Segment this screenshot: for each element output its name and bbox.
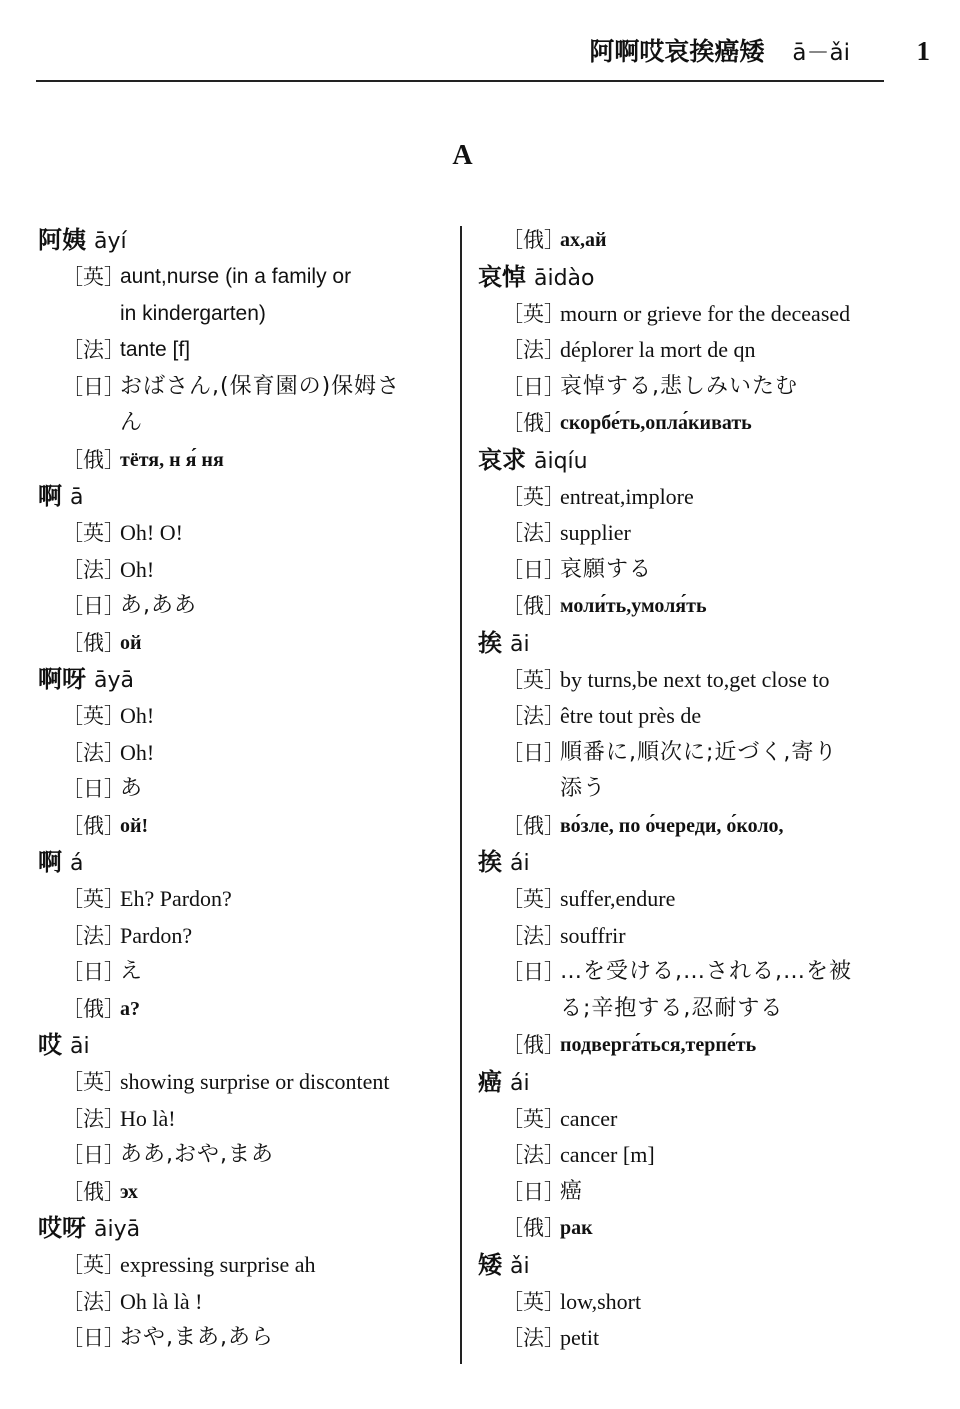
translation-text: 順番に,順次に;近づく,寄り bbox=[560, 735, 898, 772]
sense-line: ［法］déplorer la mort de qn bbox=[478, 332, 898, 369]
sense-line: ［法］tante [f] bbox=[38, 332, 448, 369]
left-column: 阿姨āyí［英］aunt,nurse (in a family orin kin… bbox=[38, 222, 448, 1357]
sense-line: る;辛抱する,忍耐する bbox=[478, 991, 898, 1028]
sense-line: ［法］petit bbox=[478, 1320, 898, 1357]
translation-text: cancer bbox=[560, 1101, 898, 1138]
sense-line: ［俄］тётя, н я́ ня bbox=[38, 442, 448, 479]
language-tag: ［俄］ bbox=[502, 808, 562, 845]
language-tag: ［俄］ bbox=[502, 1027, 562, 1064]
translation-text: る;辛抱する,忍耐する bbox=[560, 991, 898, 1028]
sense-line: ［俄］a? bbox=[38, 991, 448, 1028]
language-tag: ［法］ bbox=[502, 515, 562, 552]
pinyin: āyí bbox=[94, 229, 127, 254]
pinyin: āi bbox=[510, 632, 530, 657]
language-tag: ［日］ bbox=[502, 369, 562, 406]
language-tag: ［法］ bbox=[502, 1137, 562, 1174]
entry-head: 矮ǎi bbox=[478, 1247, 898, 1284]
language-tag: ［日］ bbox=[502, 735, 562, 772]
language-tag: ［英］ bbox=[502, 479, 562, 516]
sense-line: ［英］showing surprise or discontent bbox=[38, 1064, 448, 1101]
headword: 癌 bbox=[478, 1068, 502, 1096]
translation-text: tante [f] bbox=[120, 332, 448, 369]
language-tag: ［日］ bbox=[62, 1320, 122, 1357]
sense-line: ［法］Oh! bbox=[38, 552, 448, 589]
dictionary-entry: 啊á［英］Eh? Pardon?［法］Pardon?［日］え［俄］a? bbox=[38, 844, 448, 1027]
sense-line: ［俄］моли́ть,умоля́ть bbox=[478, 588, 898, 625]
language-tag: ［俄］ bbox=[62, 991, 122, 1028]
translation-text: être tout près de bbox=[560, 698, 898, 735]
language-tag: ［法］ bbox=[62, 332, 122, 369]
language-tag: ［英］ bbox=[62, 698, 122, 735]
right-column: ［俄］ах,ай哀悼āidào［英］mourn or grieve for th… bbox=[478, 222, 898, 1357]
entry-head: 啊á bbox=[38, 844, 448, 881]
language-tag: ［法］ bbox=[62, 552, 122, 589]
language-tag: ［日］ bbox=[502, 552, 562, 589]
language-tag: ［英］ bbox=[502, 662, 562, 699]
translation-text: во́зле, по о́череди, о́коло, bbox=[560, 808, 898, 845]
dictionary-entry: 啊呀āyā［英］Oh!［法］Oh!［日］あ［俄］ой! bbox=[38, 661, 448, 844]
translation-text: entreat,implore bbox=[560, 479, 898, 516]
translation-text: cancer [m] bbox=[560, 1137, 898, 1174]
sense-line: ［日］…を受ける,…される,…を被 bbox=[478, 954, 898, 991]
sense-line: ［日］ああ,おや,まあ bbox=[38, 1137, 448, 1174]
sense-line: ［英］expressing surprise ah bbox=[38, 1247, 448, 1284]
running-head-range: ā－ǎi bbox=[792, 40, 850, 66]
sense-line: ［法］Oh là là ! bbox=[38, 1284, 448, 1321]
language-tag: ［法］ bbox=[62, 918, 122, 955]
entry-head: 哀求āiqíu bbox=[478, 442, 898, 479]
sense-line: ［英］entreat,implore bbox=[478, 479, 898, 516]
sense-line: ［法］cancer [m] bbox=[478, 1137, 898, 1174]
translation-text: ああ,おや,まあ bbox=[120, 1137, 448, 1174]
translation-text: mourn or grieve for the deceased bbox=[560, 296, 898, 333]
language-tag: ［俄］ bbox=[62, 442, 122, 479]
headword: 挨 bbox=[478, 848, 502, 876]
translation-text: Oh! bbox=[120, 698, 448, 735]
entry-head: 啊呀āyā bbox=[38, 661, 448, 698]
translation-text: by turns,be next to,get close to bbox=[560, 662, 898, 699]
headword: 阿姨 bbox=[38, 226, 86, 254]
headword: 挨 bbox=[478, 629, 502, 657]
sense-line: ［英］Eh? Pardon? bbox=[38, 881, 448, 918]
sense-line: ［日］哀願する bbox=[478, 552, 898, 589]
translation-text: 癌 bbox=[560, 1174, 898, 1211]
entry-head: 癌ái bbox=[478, 1064, 898, 1101]
language-tag: ［英］ bbox=[502, 881, 562, 918]
translation-text: тётя, н я́ ня bbox=[120, 442, 448, 479]
entry-head: 挨ái bbox=[478, 844, 898, 881]
sense-line: ［俄］скорбе́ть,опла́кивать bbox=[478, 405, 898, 442]
translation-text: рак bbox=[560, 1210, 898, 1247]
language-tag: ［日］ bbox=[502, 1174, 562, 1211]
sense-line: ［俄］во́зле, по о́череди, о́коло, bbox=[478, 808, 898, 845]
sense-line: ［法］souffrir bbox=[478, 918, 898, 955]
headword: 哎呀 bbox=[38, 1214, 86, 1242]
dictionary-entry: 哀求āiqíu［英］entreat,implore［法］supplier［日］哀… bbox=[478, 442, 898, 625]
pinyin: ā bbox=[70, 485, 83, 510]
translation-text: ой! bbox=[120, 808, 448, 845]
language-tag: ［俄］ bbox=[502, 222, 562, 259]
sense-line: ［日］あ,ああ bbox=[38, 588, 448, 625]
language-tag: ［法］ bbox=[62, 1284, 122, 1321]
sense-line: ［俄］ах,ай bbox=[478, 222, 898, 259]
language-tag: ［日］ bbox=[62, 588, 122, 625]
language-tag: ［法］ bbox=[62, 1101, 122, 1138]
sense-line: ［俄］ой bbox=[38, 625, 448, 662]
dictionary-entry: 哀悼āidào［英］mourn or grieve for the deceas… bbox=[478, 259, 898, 442]
language-tag: ［法］ bbox=[502, 698, 562, 735]
pinyin: ǎi bbox=[510, 1254, 530, 1279]
entry-head: 哀悼āidào bbox=[478, 259, 898, 296]
sense-line: ［法］Pardon? bbox=[38, 918, 448, 955]
sense-line: ［日］哀悼する,悲しみいたむ bbox=[478, 369, 898, 406]
sense-line: ［俄］рак bbox=[478, 1210, 898, 1247]
dictionary-entry: 哎呀āiyā［英］expressing surprise ah［法］Oh là … bbox=[38, 1210, 448, 1357]
pinyin: ái bbox=[510, 851, 530, 876]
sense-line: ん bbox=[38, 405, 448, 442]
sense-line: in kindergarten) bbox=[38, 296, 448, 333]
translation-text: 哀願する bbox=[560, 552, 898, 589]
sense-line: ［俄］подверга́ться,терпе́ть bbox=[478, 1027, 898, 1064]
sense-line: ［英］suffer,endure bbox=[478, 881, 898, 918]
translation-text: in kindergarten) bbox=[120, 296, 448, 333]
translation-text: え bbox=[120, 954, 448, 991]
pinyin: āiqíu bbox=[534, 449, 588, 474]
sense-line: ［日］おや,まあ,あら bbox=[38, 1320, 448, 1357]
running-head: 阿啊哎哀挨癌矮 ā－ǎi 1 bbox=[36, 32, 850, 76]
pinyin: āi bbox=[70, 1034, 90, 1059]
sense-line: ［日］え bbox=[38, 954, 448, 991]
dictionary-entry: ［俄］ах,ай bbox=[478, 222, 898, 259]
translation-text: ах,ай bbox=[560, 222, 898, 259]
language-tag: ［英］ bbox=[62, 515, 122, 552]
translation-text: souffrir bbox=[560, 918, 898, 955]
sense-line: ［日］順番に,順次に;近づく,寄り bbox=[478, 735, 898, 772]
page-number: 1 bbox=[917, 36, 931, 67]
sense-line: ［英］aunt,nurse (in a family or bbox=[38, 259, 448, 296]
dictionary-entry: 挨āi［英］by turns,be next to,get close to［法… bbox=[478, 625, 898, 845]
language-tag: ［英］ bbox=[502, 1284, 562, 1321]
headword: 哎 bbox=[38, 1031, 62, 1059]
header-rule bbox=[36, 80, 884, 82]
headword: 矮 bbox=[478, 1251, 502, 1279]
language-tag: ［法］ bbox=[62, 735, 122, 772]
language-tag: ［日］ bbox=[62, 954, 122, 991]
translation-text: low,short bbox=[560, 1284, 898, 1321]
dictionary-entry: 啊ā［英］Oh! O!［法］Oh!［日］あ,ああ［俄］ой bbox=[38, 478, 448, 661]
language-tag: ［法］ bbox=[502, 332, 562, 369]
dictionary-entry: 阿姨āyí［英］aunt,nurse (in a family orin kin… bbox=[38, 222, 448, 478]
language-tag: ［日］ bbox=[62, 771, 122, 808]
pinyin: á bbox=[70, 851, 83, 876]
pinyin: ái bbox=[510, 1071, 530, 1096]
language-tag: ［俄］ bbox=[62, 808, 122, 845]
dictionary-entry: 挨ái［英］suffer,endure［法］souffrir［日］…を受ける,…… bbox=[478, 844, 898, 1064]
language-tag: ［英］ bbox=[62, 1247, 122, 1284]
headword: 哀悼 bbox=[478, 263, 526, 291]
translation-text: supplier bbox=[560, 515, 898, 552]
translation-text: моли́ть,умоля́ть bbox=[560, 588, 898, 625]
translation-text: скорбе́ть,опла́кивать bbox=[560, 405, 898, 442]
language-tag: ［英］ bbox=[502, 296, 562, 333]
sense-line: ［英］cancer bbox=[478, 1101, 898, 1138]
sense-line: ［法］Ho là! bbox=[38, 1101, 448, 1138]
language-tag: ［法］ bbox=[502, 918, 562, 955]
entry-head: 哎āi bbox=[38, 1027, 448, 1064]
translation-text: эх bbox=[120, 1174, 448, 1211]
translation-text: подверга́ться,терпе́ть bbox=[560, 1027, 898, 1064]
section-letter: A bbox=[0, 140, 925, 172]
pinyin: āyā bbox=[94, 668, 134, 693]
sense-line: ［法］être tout près de bbox=[478, 698, 898, 735]
translation-text: expressing surprise ah bbox=[120, 1247, 448, 1284]
language-tag: ［英］ bbox=[62, 259, 122, 296]
language-tag: ［日］ bbox=[502, 954, 562, 991]
translation-text: Oh! bbox=[120, 735, 448, 772]
sense-line: ［法］Oh! bbox=[38, 735, 448, 772]
translation-text: 哀悼する,悲しみいたむ bbox=[560, 369, 898, 406]
language-tag: ［英］ bbox=[62, 1064, 122, 1101]
sense-line: ［日］おばさん,(保育園の)保姆さ bbox=[38, 369, 448, 406]
translation-text: あ,ああ bbox=[120, 588, 448, 625]
sense-line: ［俄］ой! bbox=[38, 808, 448, 845]
translation-text: a? bbox=[120, 991, 448, 1028]
translation-text: ん bbox=[120, 405, 448, 442]
translation-text: Ho là! bbox=[120, 1101, 448, 1138]
language-tag: ［日］ bbox=[62, 369, 122, 406]
translation-text: おや,まあ,あら bbox=[120, 1320, 448, 1357]
translation-text: 添う bbox=[560, 771, 898, 808]
sense-line: ［日］癌 bbox=[478, 1174, 898, 1211]
translation-text: suffer,endure bbox=[560, 881, 898, 918]
entry-head: 阿姨āyí bbox=[38, 222, 448, 259]
translation-text: showing surprise or discontent bbox=[120, 1064, 448, 1101]
sense-line: 添う bbox=[478, 771, 898, 808]
translation-text: Oh là là ! bbox=[120, 1284, 448, 1321]
language-tag: ［英］ bbox=[62, 881, 122, 918]
column-divider bbox=[460, 226, 462, 1364]
translation-text: déplorer la mort de qn bbox=[560, 332, 898, 369]
language-tag: ［俄］ bbox=[62, 1174, 122, 1211]
sense-line: ［英］Oh! O! bbox=[38, 515, 448, 552]
translation-text: あ bbox=[120, 771, 448, 808]
entry-head: 哎呀āiyā bbox=[38, 1210, 448, 1247]
language-tag: ［俄］ bbox=[502, 1210, 562, 1247]
language-tag: ［俄］ bbox=[502, 588, 562, 625]
sense-line: ［英］Oh! bbox=[38, 698, 448, 735]
language-tag: ［俄］ bbox=[502, 405, 562, 442]
entry-head: 啊ā bbox=[38, 478, 448, 515]
translation-text: おばさん,(保育園の)保姆さ bbox=[120, 369, 448, 406]
headword: 啊 bbox=[38, 848, 62, 876]
translation-text: Eh? Pardon? bbox=[120, 881, 448, 918]
translation-text: Oh! O! bbox=[120, 515, 448, 552]
sense-line: ［法］supplier bbox=[478, 515, 898, 552]
pinyin: āiyā bbox=[94, 1217, 140, 1242]
headword: 哀求 bbox=[478, 446, 526, 474]
running-head-characters: 阿啊哎哀挨癌矮 bbox=[589, 37, 764, 66]
dictionary-entry: 哎āi［英］showing surprise or discontent［法］H… bbox=[38, 1027, 448, 1210]
sense-line: ［英］by turns,be next to,get close to bbox=[478, 662, 898, 699]
translation-text: aunt,nurse (in a family or bbox=[120, 259, 448, 296]
pinyin: āidào bbox=[534, 266, 595, 291]
headword: 啊呀 bbox=[38, 665, 86, 693]
language-tag: ［日］ bbox=[62, 1137, 122, 1174]
translation-text: Pardon? bbox=[120, 918, 448, 955]
entry-head: 挨āi bbox=[478, 625, 898, 662]
language-tag: ［俄］ bbox=[62, 625, 122, 662]
language-tag: ［法］ bbox=[502, 1320, 562, 1357]
dictionary-entry: 癌ái［英］cancer［法］cancer [m]［日］癌［俄］рак bbox=[478, 1064, 898, 1247]
language-tag: ［英］ bbox=[502, 1101, 562, 1138]
sense-line: ［英］low,short bbox=[478, 1284, 898, 1321]
translation-text: petit bbox=[560, 1320, 898, 1357]
dictionary-entry: 矮ǎi［英］low,short［法］petit bbox=[478, 1247, 898, 1357]
translation-text: ой bbox=[120, 625, 448, 662]
headword: 啊 bbox=[38, 482, 62, 510]
translation-text: …を受ける,…される,…を被 bbox=[560, 954, 898, 991]
sense-line: ［俄］эх bbox=[38, 1174, 448, 1211]
translation-text: Oh! bbox=[120, 552, 448, 589]
sense-line: ［日］あ bbox=[38, 771, 448, 808]
sense-line: ［英］mourn or grieve for the deceased bbox=[478, 296, 898, 333]
